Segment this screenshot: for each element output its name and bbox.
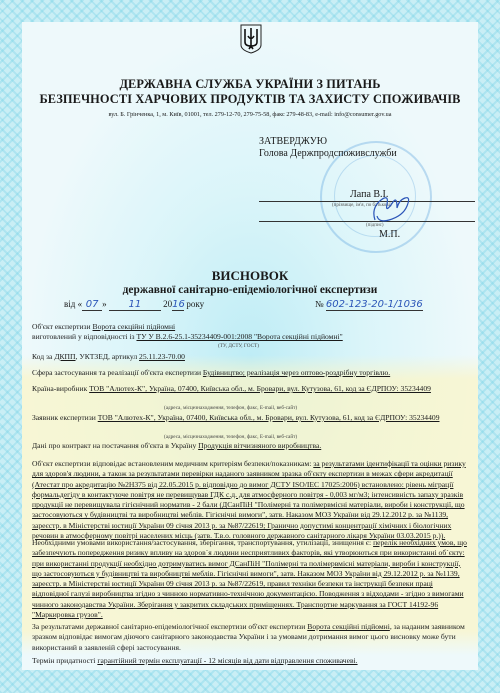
- standard-caption: (ТУ, ДСТУ, ГОСТ): [218, 343, 259, 349]
- handwritten-signature: [367, 190, 417, 225]
- approver-position: Голова Держпродспоживслужби: [259, 148, 397, 160]
- document-subtitle: державної санітарно-епідеміологічної екс…: [22, 284, 478, 296]
- safety-criteria-paragraph: Об'єкт експертизи відповідає встановлени…: [32, 459, 470, 541]
- applicant-caption: (адреса, місцезнаходження, телефон, факс…: [164, 434, 297, 440]
- contract-field: Дані про контракт на постачання об'єкта …: [32, 441, 470, 451]
- organization-name-line2: БЕЗПЕЧНОСТІ ХАРЧОВИХ ПРОДУКТІВ ТА ЗАХИСТ…: [22, 92, 478, 107]
- certificate-page: ДЕРЖАВНА СЛУЖБА УКРАЇНИ З ПИТАНЬ БЕЗПЕЧН…: [0, 0, 500, 693]
- organization-name-line1: ДЕРЖАВНА СЛУЖБА УКРАЇНИ З ПИТАНЬ: [22, 77, 478, 92]
- organization-address: вул. Б. Грінченка, 1, м. Київ, 01001, те…: [22, 111, 478, 118]
- trident-coat-of-arms-icon: [240, 24, 262, 54]
- manufacturer-field: Країна-виробник ТОВ "Алютех-К", Україна,…: [32, 384, 470, 394]
- code-field: Код за ДКПП, УКТЗЕД, артикул 25.11.23-70…: [32, 352, 470, 362]
- usage-conditions-paragraph: Необхідними умовами використання/застосу…: [32, 538, 470, 620]
- document-title: ВИСНОВОК: [22, 268, 478, 284]
- document-number-value: 602-123-20-1/1036: [326, 299, 423, 311]
- manufacturer-caption: (адреса, місцезнаходження, телефон, факс…: [164, 405, 297, 411]
- document-date: від «07» 11 2016 року: [64, 299, 204, 311]
- shelf-life-field: Термін придатності гарантійний термін ек…: [32, 656, 470, 666]
- date-year: 16: [172, 299, 184, 311]
- date-day: 07: [82, 299, 102, 311]
- scope-field: Сфера застосування та реалізації об'єкта…: [32, 368, 470, 378]
- certificate-body: ДЕРЖАВНА СЛУЖБА УКРАЇНИ З ПИТАНЬ БЕЗПЕЧН…: [22, 22, 478, 670]
- date-month: 11: [109, 299, 161, 311]
- approval-block: ЗАТВЕРДЖУЮ Голова Держпродспоживслужби: [259, 136, 397, 160]
- approve-label: ЗАТВЕРДЖУЮ: [259, 136, 397, 148]
- conclusion-paragraph: За результатами державної санітарно-епід…: [32, 622, 470, 653]
- seal-place-label: М.П.: [379, 229, 400, 240]
- document-number: № 602-123-20-1/1036: [315, 299, 423, 311]
- applicant-field: Заявник експертизи ТОВ "Алютех-К", Украї…: [32, 413, 470, 423]
- object-field: Об'єкт експертизи Ворота секційні підйом…: [32, 322, 470, 343]
